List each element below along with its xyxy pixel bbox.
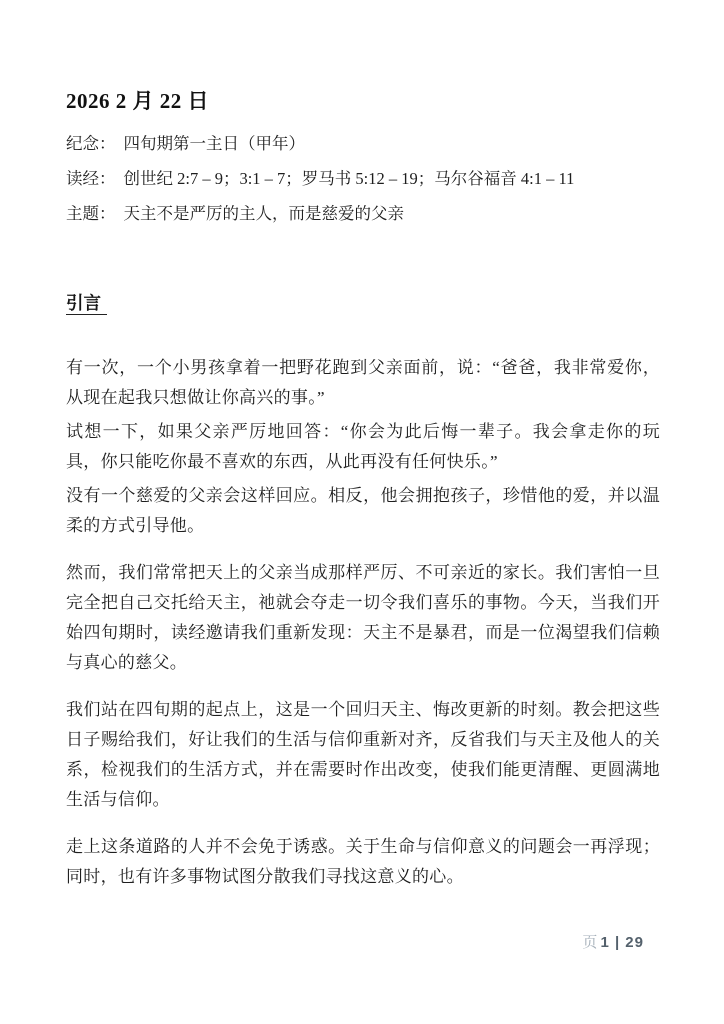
page-number-value: 1 | 29 xyxy=(600,934,644,951)
meta-label: 纪念： xyxy=(66,134,116,153)
paragraph: 走上这条道路的人并不会免于诱惑。关于生命与信仰意义的问题会一再浮现；同时，也有许… xyxy=(66,832,660,892)
meta-block: 纪念：四旬期第一主日（甲年） 读经：创世纪 2:7 – 9；3:1 – 7；罗马… xyxy=(66,126,660,231)
paragraph: 试想一下，如果父亲严厉地回答：“你会为此后悔一辈子。我会拿走你的玩具，你只能吃你… xyxy=(66,417,660,477)
meta-row-commemoration: 纪念：四旬期第一主日（甲年） xyxy=(66,126,660,161)
page-number-label: 页 xyxy=(582,934,597,951)
meta-label: 主题： xyxy=(66,204,116,223)
page-number-footer: 页1 | 29 xyxy=(582,933,644,953)
meta-label: 读经： xyxy=(66,169,116,188)
meta-value: 四旬期第一主日（甲年） xyxy=(124,134,306,153)
paragraph: 然而，我们常常把天上的父亲当成那样严厉、不可亲近的家长。我们害怕一旦完全把自己交… xyxy=(66,558,660,678)
section-heading-text: 引言 xyxy=(66,293,107,315)
meta-value: 创世纪 2:7 – 9；3:1 – 7；罗马书 5:12 – 19；马尔谷福音 … xyxy=(124,169,575,188)
paragraph: 我们站在四旬期的起点上，这是一个回归天主、悔改更新的时刻。教会把这些日子赐给我们… xyxy=(66,695,660,815)
document-content: 2026 2 月 22 日 纪念：四旬期第一主日（甲年） 读经：创世纪 2:7 … xyxy=(0,0,724,892)
section-heading-introduction: 引言 xyxy=(66,291,660,315)
paragraph: 有一次，一个小男孩拿着一把野花跑到父亲面前，说：“爸爸，我非常爱你，从现在起我只… xyxy=(66,353,660,413)
document-page: 2026 2 月 22 日 纪念：四旬期第一主日（甲年） 读经：创世纪 2:7 … xyxy=(0,0,724,1024)
paragraph: 没有一个慈爱的父亲会这样回应。相反，他会拥抱孩子，珍惜他的爱，并以温柔的方式引导… xyxy=(66,481,660,541)
meta-row-theme: 主题：天主不是严厉的主人，而是慈爱的父亲 xyxy=(66,196,660,231)
meta-value: 天主不是严厉的主人，而是慈爱的父亲 xyxy=(124,204,405,223)
meta-row-readings: 读经：创世纪 2:7 – 9；3:1 – 7；罗马书 5:12 – 19；马尔谷… xyxy=(66,161,660,196)
page-title: 2026 2 月 22 日 xyxy=(66,86,660,116)
